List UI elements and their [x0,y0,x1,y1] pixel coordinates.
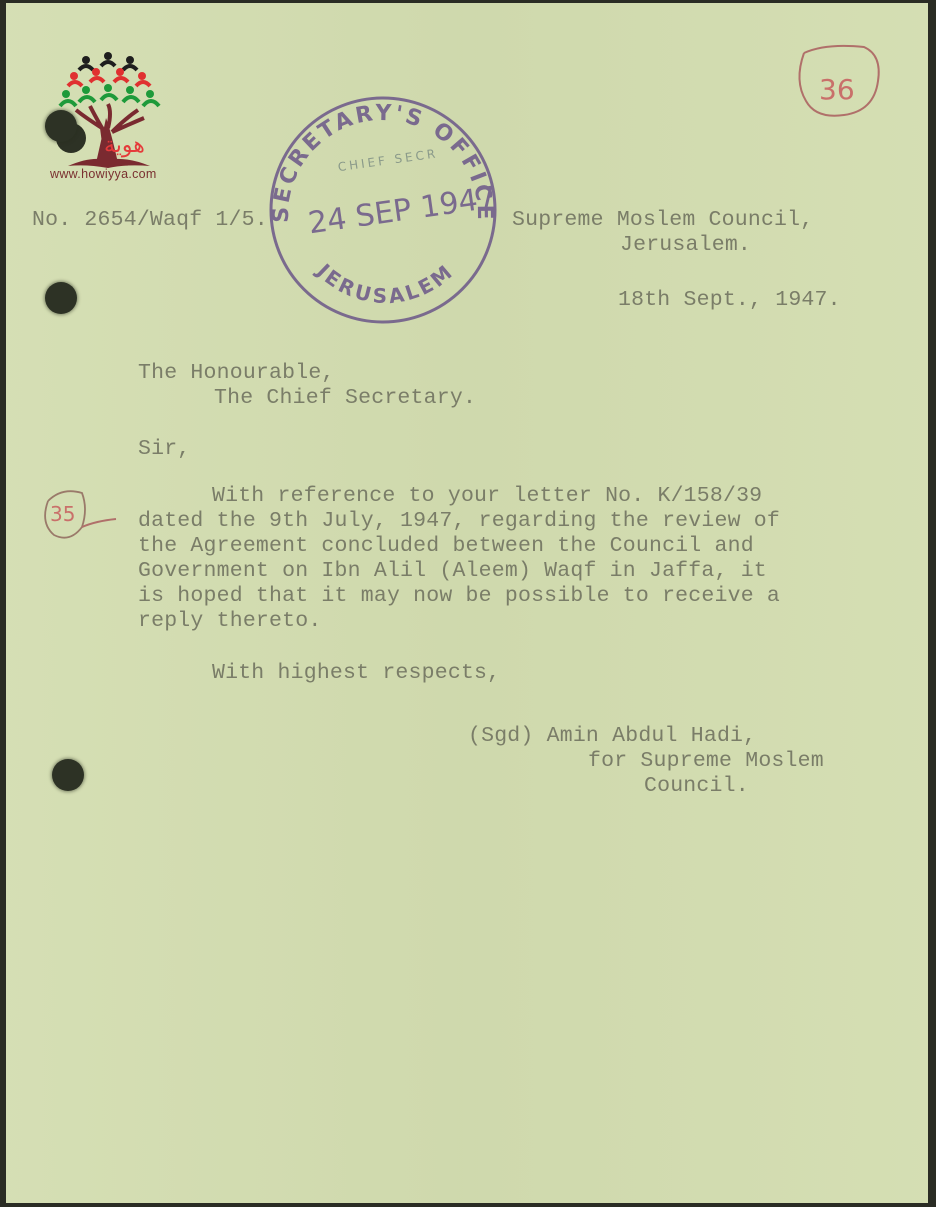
body-line: the Agreement concluded between the Coun… [138,534,754,559]
svg-text:JERUSALEM: JERUSALEM [311,258,459,309]
logo-arabic-text: هوية [104,133,145,158]
signature-name: (Sgd) Amin Abdul Hadi, [468,724,756,749]
stamp-date: 24 SEP 1947 [306,180,499,241]
body-line: Government on Ibn Alil (Aleem) Waqf in J… [138,559,767,584]
punch-hole-bottom [52,759,84,791]
watermark-url[interactable]: www.howiyya.com [50,167,157,181]
document-page: هوية www.howiyya.com 36 35 No. 2654/Waqf… [6,3,928,1203]
closing: With highest respects, [212,661,500,686]
reference-number: No. 2654/Waqf 1/5. [32,208,268,233]
body-line: is hoped that it may now be possible to … [138,584,780,609]
signature-title-2: Council. [644,774,749,799]
sender-city: Jerusalem. [620,233,751,258]
reference-mark: 35 [50,502,75,526]
folio-number-annotation: 36 [786,41,886,121]
folio-number: 36 [819,73,855,106]
punch-hole-top [45,110,77,142]
secretary-office-stamp: SECRETARY'S OFFICE CHIEF SECR 24 SEP 194… [258,85,508,333]
stamp-bottom-text: JERUSALEM [311,258,459,309]
body-line: With reference to your letter No. K/158/… [212,484,762,509]
salutation: Sir, [138,437,190,462]
punch-hole-middle [45,282,77,314]
stamp-inner-text: CHIEF SECR [337,146,439,174]
body-line: reply thereto. [138,609,321,634]
letter-date: 18th Sept., 1947. [618,288,841,313]
signature-title-1: for Supreme Moslem [588,749,824,774]
body-line: dated the 9th July, 1947, regarding the … [138,509,780,534]
reference-mark-annotation: 35 [36,483,126,553]
sender-organization: Supreme Moslem Council, [512,208,813,233]
addressee-line-1: The Honourable, [138,361,335,386]
addressee-line-2: The Chief Secretary. [214,386,476,411]
